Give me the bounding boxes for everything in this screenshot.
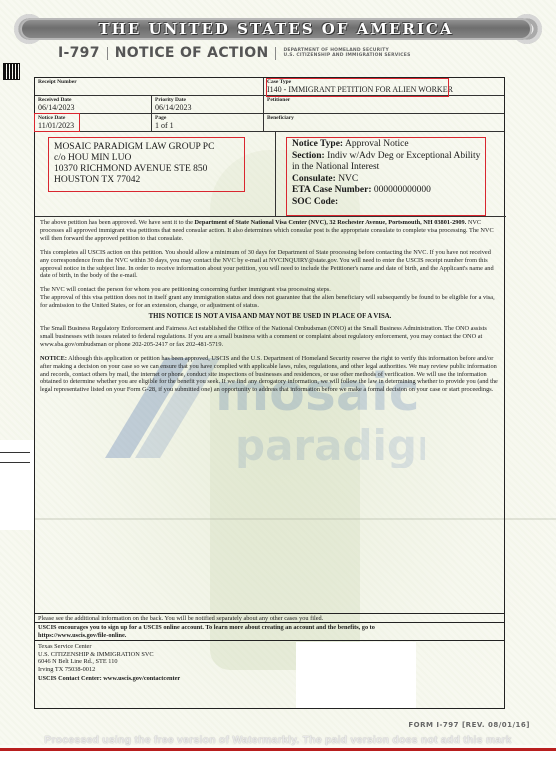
beneficiary-label: Beneficiary bbox=[267, 115, 503, 121]
datamatrix-barcode-icon bbox=[3, 63, 20, 80]
paragraph-uscis-action: This completes all USCIS action on this … bbox=[40, 249, 500, 281]
section-divider bbox=[35, 216, 506, 217]
paragraph-nvc-contact: The NVC will contact the person for whom… bbox=[40, 286, 500, 294]
department-line-2: U.S. CITIZENSHIP AND IMMIGRATION SERVICE… bbox=[283, 53, 410, 58]
notice-form: Receipt Number Case Type I140 - IMMIGRAN… bbox=[34, 77, 505, 709]
contact-center-link[interactable]: USCIS Contact Center: www.uscis.gov/cont… bbox=[38, 675, 501, 683]
title-divider bbox=[275, 47, 276, 60]
priority-date-value: 06/14/2023 bbox=[155, 103, 260, 112]
margin-line bbox=[0, 452, 30, 453]
banner-title: THE UNITED STATES OF AMERICA bbox=[99, 20, 454, 38]
svg-text:paradigm: paradigm bbox=[235, 421, 425, 468]
service-center-line-2: U.S. CITIZENSHIP & IMMIGRATION SVC bbox=[38, 651, 501, 659]
notice-label: NOTICE: bbox=[40, 355, 67, 362]
additional-info-row: Please see the additional information on… bbox=[35, 613, 504, 622]
redacted-area bbox=[296, 642, 416, 708]
case-type-highlight bbox=[266, 78, 449, 97]
form-title-row: I-797 NOTICE OF ACTION DEPARTMENT OF HOM… bbox=[58, 45, 411, 61]
page-value: 1 of 1 bbox=[155, 121, 260, 130]
department-block: DEPARTMENT OF HOMELAND SECURITY U.S. CIT… bbox=[283, 48, 410, 58]
nvc-address: Department of State National Visa Center… bbox=[194, 219, 466, 226]
beneficiary-cell: Beneficiary bbox=[264, 114, 506, 131]
notice-date-highlight bbox=[34, 113, 80, 132]
watermark-notice-bar: Processed using the free version of Wate… bbox=[0, 733, 556, 747]
form-code: I-797 bbox=[58, 45, 100, 61]
watermark-notice-text: Processed using the free version of Wate… bbox=[44, 734, 511, 746]
form-revision: FORM I-797 [REV. 08/01/16] bbox=[408, 721, 530, 729]
notice-info-highlight bbox=[286, 137, 486, 216]
margin-line bbox=[0, 462, 30, 463]
info-divider bbox=[275, 132, 276, 216]
form-name: NOTICE OF ACTION bbox=[115, 45, 269, 61]
left-margin-strip bbox=[0, 440, 34, 530]
bottom-margin bbox=[0, 751, 556, 763]
page-cell: Page 1 of 1 bbox=[152, 114, 264, 131]
receipt-number-label: Receipt Number bbox=[38, 79, 260, 85]
receipt-number-cell: Receipt Number bbox=[35, 78, 264, 95]
priority-date-cell: Priority Date 06/14/2023 bbox=[152, 96, 264, 113]
petitioner-cell: Petitioner bbox=[264, 96, 506, 113]
visa-warning: THIS NOTICE IS NOT A VISA AND MAY NOT BE… bbox=[40, 313, 500, 321]
service-center-line-1: Texas Service Center bbox=[38, 643, 501, 651]
petitioner-label: Petitioner bbox=[267, 97, 503, 103]
service-center-line-4: Irving TX 75038-0012 bbox=[38, 666, 501, 674]
form-row-notice: Notice Date 11/01/2023 Page 1 of 1 Benef… bbox=[35, 114, 504, 132]
address-highlight bbox=[48, 137, 245, 192]
header-banner: THE UNITED STATES OF AMERICA bbox=[20, 18, 532, 40]
paragraph-approval-disclaimer: The approval of this visa petition does … bbox=[40, 294, 500, 310]
online-account-text: USCIS encourages you to sign up for a US… bbox=[38, 624, 438, 639]
approval-text-start: The above petition has been approved. We… bbox=[40, 219, 194, 226]
service-center-line-3: 6046 N Belt Line Rd., STE 110 bbox=[38, 658, 501, 666]
notice-text: Although this application or petition ha… bbox=[40, 355, 498, 394]
online-account-row: USCIS encourages you to sign up for a US… bbox=[35, 622, 504, 640]
paragraph-notice: NOTICE: Although this application or pet… bbox=[40, 355, 500, 395]
form-row-dates: Received Date 06/14/2023 Priority Date 0… bbox=[35, 96, 504, 114]
notice-body: The above petition has been approved. We… bbox=[40, 219, 500, 397]
received-date-cell: Received Date 06/14/2023 bbox=[35, 96, 152, 113]
paragraph-ombudsman: The Small Business Regulatory Enforcemen… bbox=[40, 325, 500, 349]
paragraph-approval: The above petition has been approved. We… bbox=[40, 219, 500, 243]
service-center-row: Texas Service Center U.S. CITIZENSHIP & … bbox=[35, 640, 504, 710]
title-divider bbox=[107, 47, 108, 60]
received-date-value: 06/14/2023 bbox=[38, 103, 148, 112]
